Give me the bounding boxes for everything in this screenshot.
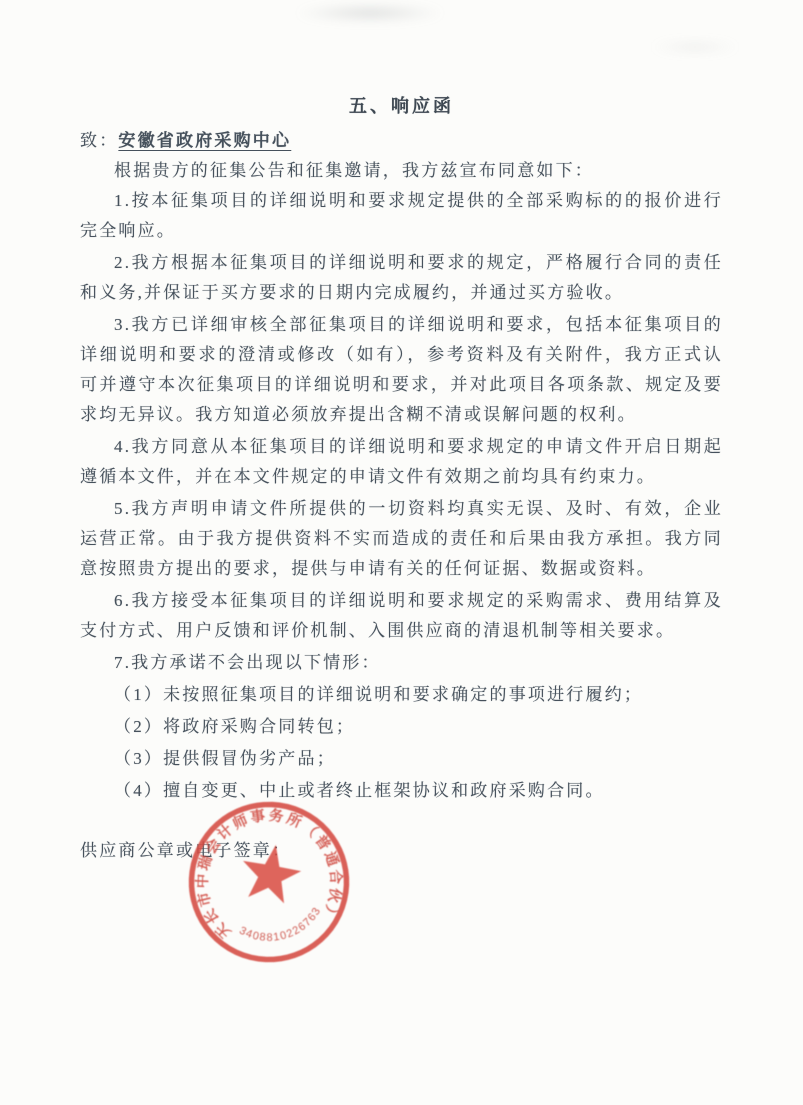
paragraph-1: 1.按本征集项目的详细说明和要求规定提供的全部采购标的的报价进行完全响应。 [80,186,723,246]
sub-item-3: （3）提供假冒伪劣产品； [80,744,723,774]
paragraph-3: 3.我方已详细审核全部征集项目的详细说明和要求，包括本征集项目的详细说明和要求的… [80,310,723,430]
paragraph-4: 4.我方同意从本征集项目的详细说明和要求规定的申请文件开启日期起遵循本文件，并在… [80,432,723,492]
seal-number: 3408810226763 [235,903,329,953]
intro-line: 根据贵方的征集公告和征集邀请，我方兹宣布同意如下： [80,156,723,186]
sub-item-4: （4）擅自变更、中止或者终止框架协议和政府采购合同。 [80,776,723,806]
document-body: 五、响应函 致：安徽省政府采购中心 根据贵方的征集公告和征集邀请，我方兹宣布同意… [80,90,723,866]
sub-item-2: （2）将政府采购合同转包； [80,712,723,742]
paragraph-6: 6.我方接受本征集项目的详细说明和要求规定的采购需求、费用结算及支付方式、用户反… [80,586,723,646]
signature-label: 供应商公章或电子签章： [80,836,723,866]
scan-smudge [650,40,740,54]
sub-item-1: （1）未按照征集项目的详细说明和要求确定的事项进行履约； [80,680,723,710]
seal-number-text-path: 3408810226763 [235,903,329,953]
document-page: 五、响应函 致：安徽省政府采购中心 根据贵方的征集公告和征集邀请，我方兹宣布同意… [0,0,803,1105]
paragraph-2: 2.我方根据本征集项目的详细说明和要求的规定，严格履行合同的责任和义务,并保证于… [80,248,723,308]
scan-smudge [295,4,445,22]
paragraph-5: 5.我方声明申请文件所提供的一切资料均真实无误、及时、有效，企业运营正常。由于我… [80,494,723,584]
salutation-line: 致：安徽省政府采购中心 [80,126,723,156]
salutation-recipient: 安徽省政府采购中心 [118,131,291,150]
salutation-prefix: 致： [80,131,118,150]
page-title: 五、响应函 [80,90,723,122]
paragraph-7: 7.我方承诺不会出现以下情形： [80,648,723,678]
